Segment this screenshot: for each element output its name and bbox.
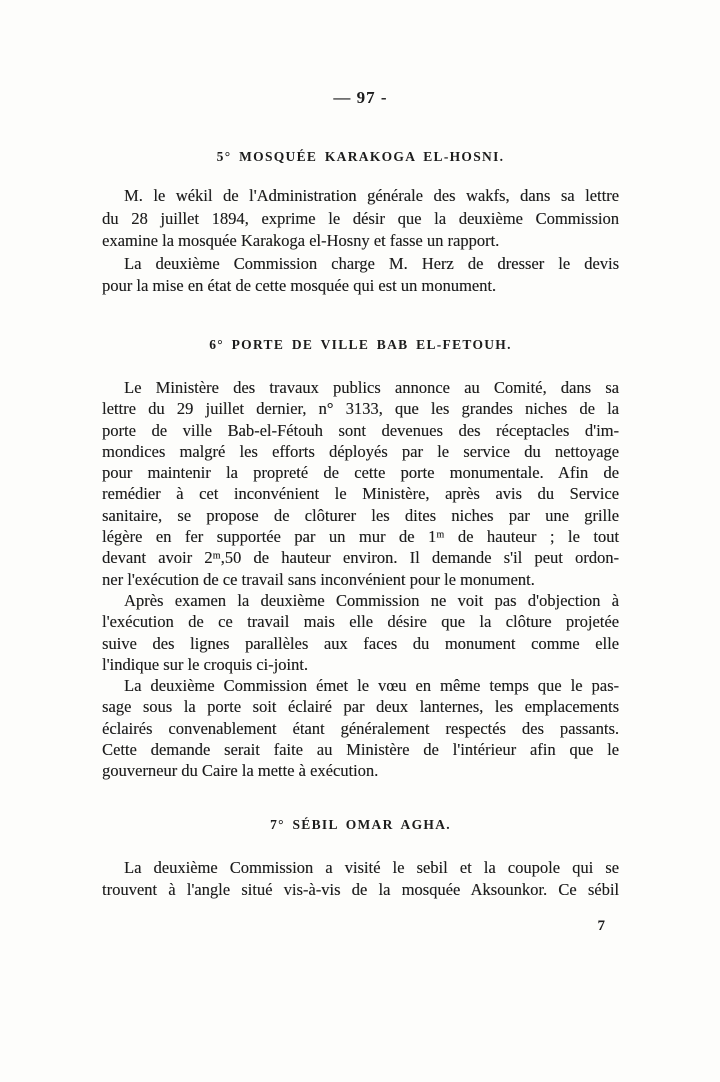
page-number-bottom: 7 xyxy=(102,918,619,935)
text-line: La deuxième Commission émet le vœu en mê… xyxy=(102,675,619,696)
page-number-top: — 97 - xyxy=(102,88,619,108)
section-5-text-block: M. le wékil de l'Administration générale… xyxy=(102,185,619,298)
section-heading-6-porte-bab-el-fetouh: 6° PORTE DE VILLE BAB EL-FETOUH. xyxy=(102,337,619,353)
text-line: l'indique sur le croquis ci-joint. xyxy=(102,654,619,675)
text-line: mondices malgré les efforts déployés par… xyxy=(102,441,619,462)
text-line: La deuxième Commission a visité le sebil… xyxy=(102,857,619,879)
text-line: éclairés convenablement étant généraleme… xyxy=(102,718,619,739)
text-line: porte de ville Bab-el-Fétouh sont devenu… xyxy=(102,420,619,441)
section-heading-7-sebil-omar-agha: 7° SÉBIL OMAR AGHA. xyxy=(102,817,619,833)
text-line: ner l'exécution de ce travail sans incon… xyxy=(102,569,619,590)
text-line: Cette demande serait faite au Ministère … xyxy=(102,739,619,760)
section-7-text-block: La deuxième Commission a visité le sebil… xyxy=(102,857,619,900)
text-line: devant avoir 2ᵐ,50 de hauteur environ. I… xyxy=(102,547,619,568)
section-heading-5-mosquee-karakoga: 5° MOSQUÉE KARAKOGA EL-HOSNI. xyxy=(102,149,619,165)
text-line: pour maintenir la propreté de cette port… xyxy=(102,462,619,483)
text-line: lettre du 29 juillet dernier, n° 3133, q… xyxy=(102,398,619,419)
text-line: sage sous la porte soit éclairé par deux… xyxy=(102,696,619,717)
text-line: gouverneur du Caire la mette à exécution… xyxy=(102,760,619,781)
scanned-document-page: — 97 - 5° MOSQUÉE KARAKOGA EL-HOSNI. M. … xyxy=(0,0,720,1082)
text-line: sanitaire, se propose de clôturer les di… xyxy=(102,505,619,526)
text-line: M. le wékil de l'Administration générale… xyxy=(102,185,619,208)
section-6-text-block: Le Ministère des travaux publics annonce… xyxy=(102,377,619,782)
text-line: suive des lignes parallèles aux faces du… xyxy=(102,633,619,654)
text-line: du 28 juillet 1894, exprime le désir que… xyxy=(102,208,619,231)
text-line: remédier à cet inconvénient le Ministère… xyxy=(102,483,619,504)
text-line: trouvent à l'angle situé vis-à-vis de la… xyxy=(102,879,619,901)
text-line: légère en fer supportée par un mur de 1ᵐ… xyxy=(102,526,619,547)
text-line: examine la mosquée Karakoga el-Hosny et … xyxy=(102,230,619,253)
text-line: Après examen la deuxième Commission ne v… xyxy=(102,590,619,611)
text-line: La deuxième Commission charge M. Herz de… xyxy=(102,253,619,276)
text-line: Le Ministère des travaux publics annonce… xyxy=(102,377,619,398)
text-line: l'exécution de ce travail mais elle dési… xyxy=(102,611,619,632)
text-line: pour la mise en état de cette mosquée qu… xyxy=(102,275,619,298)
